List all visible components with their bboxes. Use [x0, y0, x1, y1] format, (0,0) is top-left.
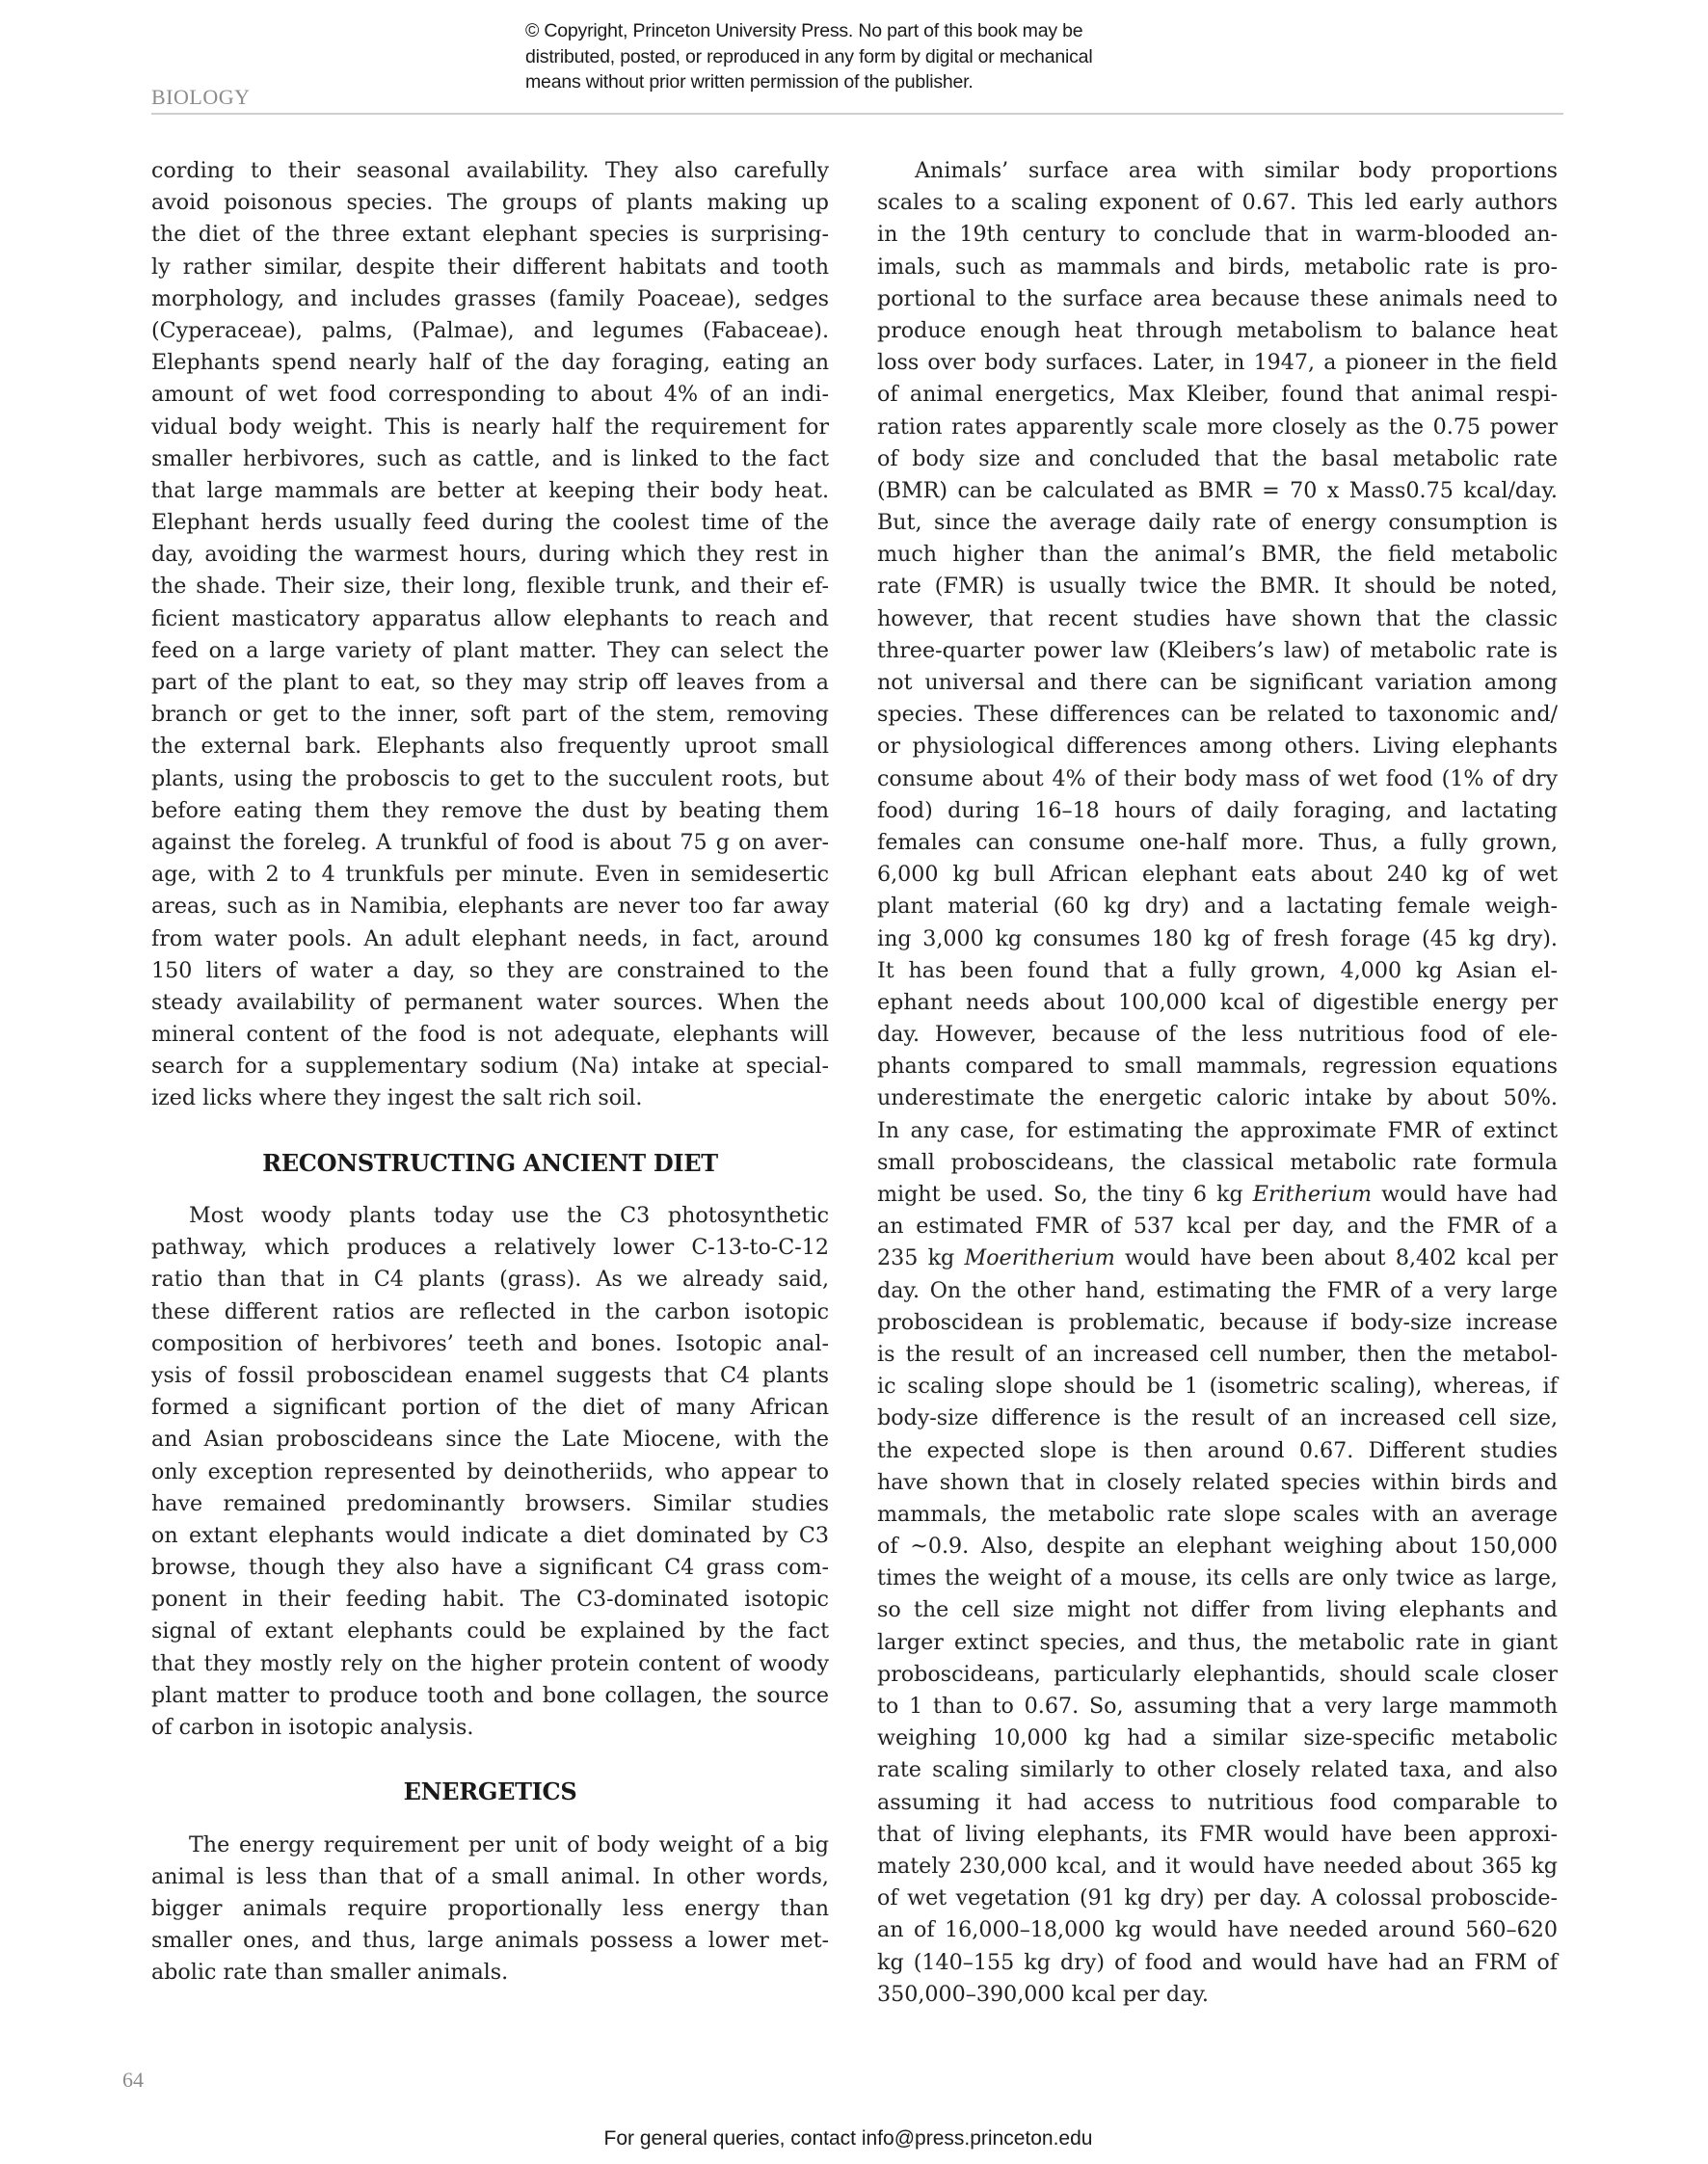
text-line: weighing 10,000 kg had a similar size-sp… [877, 1723, 1558, 1754]
text-line: so the cell size might not differ from l… [877, 1594, 1558, 1626]
text-line: avoid poisonous species. The groups of p… [151, 187, 829, 219]
text-line: phants compared to small mammals, regres… [877, 1051, 1558, 1082]
text-line: of animal energetics, Max Kleiber, found… [877, 379, 1558, 411]
text-line-eritherium: might be used. So, the tiny 6 kg Erither… [877, 1179, 1558, 1211]
text-line: ration rates apparently scale more close… [877, 412, 1558, 443]
text-line: produce enough heat through metabolism t… [877, 315, 1558, 347]
text-line: larger extinct species, and thus, the me… [877, 1627, 1558, 1659]
section-heading-energetics: ENERGETICS [151, 1776, 829, 1807]
text-line: plants, using the proboscis to get to th… [151, 763, 829, 795]
text-line: mammals, the metabolic rate slope scales… [877, 1499, 1558, 1531]
text-line: times the weight of a mouse, its cells a… [877, 1563, 1558, 1594]
text-line: areas, such as in Namibia, elephants are… [151, 891, 829, 922]
text-line: ficient masticatory apparatus allow elep… [151, 603, 829, 635]
footer-contact: For general queries, contact info@press.… [0, 2127, 1708, 2151]
text-line: mately 230,000 kcal, and it would have n… [877, 1851, 1558, 1883]
text-line: assuming it had access to nutritious foo… [877, 1787, 1558, 1819]
text-line: day, avoiding the warmest hours, during … [151, 539, 829, 571]
text-line: rate (FMR) is usually twice the BMR. It … [877, 571, 1558, 602]
text-line: not universal and there can be significa… [877, 667, 1558, 699]
paragraph-diet: cording to their seasonal availability. … [151, 155, 829, 1115]
text-line: ic scaling slope should be 1 (isometric … [877, 1371, 1558, 1403]
text-line: or physiological differences among other… [877, 731, 1558, 762]
text-line: scales to a scaling exponent of 0.67. Th… [877, 187, 1558, 219]
text-line: is the result of an increased cell numbe… [877, 1339, 1558, 1371]
text-line: day. On the other hand, estimating the F… [877, 1275, 1558, 1307]
text-line: before eating them they remove the dust … [151, 795, 829, 827]
taxon-moeritherium: Moeritherium [964, 1245, 1114, 1270]
contact-text: For general queries, contact info@press.… [604, 2127, 1093, 2150]
text-segment: 235 kg [877, 1245, 964, 1270]
text-line: 350,000–390,000 kcal per day. [877, 1979, 1558, 2011]
text-line: plant material (60 kg dry) and a lactati… [877, 891, 1558, 922]
text-line: morphology, and includes grasses (family… [151, 283, 829, 315]
text-line: Elephants spend nearly half of the day f… [151, 347, 829, 379]
text-line: 150 liters of water a day, so they are c… [151, 955, 829, 987]
text-line: proboscidean is problematic, because if … [877, 1307, 1558, 1339]
text-line: ysis of fossil proboscidean enamel sugge… [151, 1360, 829, 1392]
text-line: only exception represented by deinotheri… [151, 1456, 829, 1488]
text-line: But, since the average daily rate of ene… [877, 507, 1558, 539]
text-line: consume about 4% of their body mass of w… [877, 763, 1558, 795]
text-line: body-size difference is the result of an… [877, 1403, 1558, 1434]
text-line: browse, though they also have a signific… [151, 1552, 829, 1584]
text-line-moeritherium: 235 kg Moeritherium would have been abou… [877, 1242, 1558, 1274]
text-line: Animals’ surface area with similar body … [877, 155, 1558, 187]
paragraph-isotopes: Most woody plants today use the C3 photo… [151, 1200, 829, 1744]
text-line: ized licks where they ingest the salt ri… [151, 1082, 829, 1114]
text-line: kg (140–155 kg dry) of food and would ha… [877, 1947, 1558, 1979]
right-column: Animals’ surface area with similar body … [877, 155, 1558, 2011]
text-line: the external bark. Elephants also freque… [151, 731, 829, 762]
text-line: of ~0.9. Also, despite an elephant weigh… [877, 1531, 1558, 1563]
paragraph-energetics: The energy requirement per unit of body … [151, 1830, 829, 1990]
text-line: species. These differences can be relate… [877, 699, 1558, 731]
text-line: against the foreleg. A trunkful of food … [151, 827, 829, 859]
text-line: of wet vegetation (91 kg dry) per day. A… [877, 1883, 1558, 1914]
text-line: plant matter to produce tooth and bone c… [151, 1680, 829, 1712]
copyright-notice: © Copyright, Princeton University Press.… [525, 18, 1219, 95]
text-line: bigger animals require proportionally le… [151, 1893, 829, 1925]
text-line: of body size and concluded that the basa… [877, 443, 1558, 475]
text-line: signal of extant elephants could be expl… [151, 1616, 829, 1647]
text-line: have remained predominantly browsers. Si… [151, 1488, 829, 1520]
text-line: feed on a large variety of plant matter.… [151, 635, 829, 667]
text-line: underestimate the energetic caloric inta… [877, 1082, 1558, 1114]
page-number: 64 [122, 2068, 144, 2093]
left-column: cording to their seasonal availability. … [151, 155, 829, 1990]
text-line: (Cyperaceae), palms, (Palmae), and legum… [151, 315, 829, 347]
text-segment: would have been about 8,402 kcal per [1115, 1245, 1558, 1270]
text-line: however, that recent studies have shown … [877, 603, 1558, 635]
text-line: smaller herbivores, such as cattle, and … [151, 443, 829, 475]
text-line: that large mammals are better at keeping… [151, 475, 829, 507]
text-line: abolic rate than smaller animals. [151, 1957, 829, 1989]
spacer [151, 1179, 829, 1200]
text-line: an estimated FMR of 537 kcal per day, an… [877, 1211, 1558, 1242]
text-line: the shade. Their size, their long, flexi… [151, 571, 829, 602]
text-line: ing 3,000 kg consumes 180 kg of fresh fo… [877, 923, 1558, 955]
text-line: proboscideans, particularly elephantids,… [877, 1659, 1558, 1691]
text-line: an of 16,000–18,000 kg would have needed… [877, 1914, 1558, 1946]
text-line: in the 19th century to conclude that in … [877, 219, 1558, 251]
spacer [151, 1808, 829, 1830]
text-line: from water pools. An adult elephant need… [151, 923, 829, 955]
text-line: the diet of the three extant elephant sp… [151, 219, 829, 251]
text-line: these different ratios are reflected in … [151, 1296, 829, 1328]
text-line: much higher than the animal’s BMR, the f… [877, 539, 1558, 571]
text-line: The energy requirement per unit of body … [151, 1830, 829, 1861]
paragraph-metabolism-continued: day. On the other hand, estimating the F… [877, 1275, 1558, 2011]
text-line: animal is less than that of a small anim… [151, 1861, 829, 1893]
section-heading-ancient-diet: RECONSTRUCTING ANCIENT DIET [151, 1147, 829, 1179]
text-line: In any case, for estimating the approxim… [877, 1115, 1558, 1147]
text-line: ponent in their feeding habit. The C3-do… [151, 1584, 829, 1616]
text-line: part of the plant to eat, so they may st… [151, 667, 829, 699]
spacer [151, 1744, 829, 1776]
text-segment: might be used. So, the tiny 6 kg [877, 1182, 1253, 1207]
taxon-eritherium: Eritherium [1253, 1182, 1372, 1207]
text-segment: would have had [1372, 1182, 1558, 1207]
text-line: smaller ones, and thus, large animals po… [151, 1925, 829, 1957]
running-head: BIOLOGY [151, 85, 251, 110]
text-line: three-quarter power law (Kleibers’s law)… [877, 635, 1558, 667]
text-line: females can consume one-half more. Thus,… [877, 827, 1558, 859]
text-line: amount of wet food corresponding to abou… [151, 379, 829, 411]
text-line: cording to their seasonal availability. … [151, 155, 829, 187]
text-line: portional to the surface area because th… [877, 283, 1558, 315]
text-line: search for a supplementary sodium (Na) i… [151, 1051, 829, 1082]
header-divider [151, 113, 1563, 115]
text-line: small proboscideans, the classical metab… [877, 1147, 1558, 1179]
text-line: ly rather similar, despite their differe… [151, 252, 829, 283]
copyright-line: distributed, posted, or reproduced in an… [525, 44, 1219, 70]
copyright-line: means without prior written permission o… [525, 69, 1219, 95]
text-line: to 1 than to 0.67. So, assuming that a v… [877, 1691, 1558, 1723]
text-line: vidual body weight. This is nearly half … [151, 412, 829, 443]
text-line: and Asian proboscideans since the Late M… [151, 1424, 829, 1456]
text-line: mineral content of the food is not adequ… [151, 1019, 829, 1051]
text-line: the expected slope is then around 0.67. … [877, 1435, 1558, 1467]
copyright-line: © Copyright, Princeton University Press.… [525, 18, 1219, 44]
text-line: food) during 16–18 hours of daily foragi… [877, 795, 1558, 827]
text-line: on extant elephants would indicate a die… [151, 1520, 829, 1552]
text-line: Elephant herds usually feed during the c… [151, 507, 829, 539]
text-line: imals, such as mammals and birds, metabo… [877, 252, 1558, 283]
text-line: age, with 2 to 4 trunkfuls per minute. E… [151, 859, 829, 891]
text-line: have shown that in closely related speci… [877, 1467, 1558, 1499]
text-line: day. However, because of the less nutrit… [877, 1019, 1558, 1051]
spacer [151, 1115, 829, 1147]
text-line: that they mostly rely on the higher prot… [151, 1648, 829, 1680]
text-line: rate scaling similarly to other closely … [877, 1754, 1558, 1786]
text-line: composition of herbivores’ teeth and bon… [151, 1328, 829, 1360]
text-line: ephant needs about 100,000 kcal of diges… [877, 987, 1558, 1019]
text-line: formed a significant portion of the diet… [151, 1392, 829, 1424]
text-line: branch or get to the inner, soft part of… [151, 699, 829, 731]
text-line: ratio than that in C4 plants (grass). As… [151, 1264, 829, 1296]
text-line: 6,000 kg bull African elephant eats abou… [877, 859, 1558, 891]
text-line: steady availability of permanent water s… [151, 987, 829, 1019]
text-line: Most woody plants today use the C3 photo… [151, 1200, 829, 1232]
text-line: of carbon in isotopic analysis. [151, 1712, 829, 1744]
text-line: It has been found that a fully grown, 4,… [877, 955, 1558, 987]
text-line: that of living elephants, its FMR would … [877, 1819, 1558, 1851]
paragraph-metabolism: Animals’ surface area with similar body … [877, 155, 1558, 1179]
text-line: loss over body surfaces. Later, in 1947,… [877, 347, 1558, 379]
text-line: pathway, which produces a relatively low… [151, 1232, 829, 1264]
text-line: (BMR) can be calculated as BMR = 70 x Ma… [877, 475, 1558, 507]
